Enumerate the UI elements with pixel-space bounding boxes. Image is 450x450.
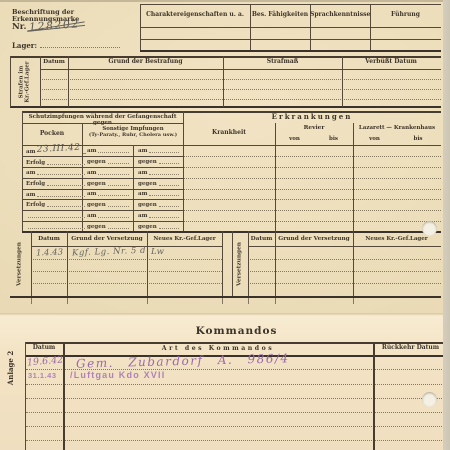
vaccination-cell-label: gegen bbox=[138, 181, 157, 187]
rule bbox=[222, 231, 223, 296]
other-vaccinations-column-b: amgegenamgegenamgegenamgegen bbox=[135, 145, 182, 231]
dotted-leader bbox=[159, 185, 179, 186]
vaccination-cell-label: Erfolg bbox=[26, 181, 45, 187]
vaccination-cell: gegen bbox=[135, 177, 182, 188]
other-vaccinations-column-a: amgegenamgegenamgegenamgegen bbox=[84, 145, 132, 231]
handwritten-transfer-newcamp: Lw bbox=[151, 247, 164, 257]
dotted-leader bbox=[47, 185, 85, 186]
nr-label: Nr. bbox=[12, 22, 26, 32]
dotted-line bbox=[42, 99, 441, 100]
dotted-leader bbox=[47, 164, 85, 165]
dotted-line bbox=[184, 156, 441, 157]
dotted-leader bbox=[98, 195, 129, 196]
traits-header-character: Charaktereigenschaften u. a. bbox=[140, 12, 250, 19]
vaccination-cell: am bbox=[84, 210, 132, 221]
handwritten-transfer-reason: Kgf. Lg. Nr. 5 d. bbox=[72, 246, 150, 259]
vaccination-cell-label: gegen bbox=[138, 202, 157, 208]
upper-card: Beschriftung der Erkennungsmarke Nr.1282… bbox=[0, 0, 450, 313]
dotted-leader bbox=[28, 228, 85, 229]
vaccinations-title: Schutzimpfungen während der Gefangenscha… bbox=[23, 114, 182, 127]
vaccination-cell-label: gegen bbox=[138, 224, 157, 230]
rule bbox=[10, 106, 441, 108]
rule bbox=[10, 296, 441, 298]
dotted-line bbox=[184, 221, 441, 222]
vaccination-cell: gegen bbox=[84, 199, 132, 210]
vaccination-cell: gegen bbox=[84, 156, 132, 167]
vaccination-cell: am bbox=[23, 188, 88, 199]
rule bbox=[222, 298, 223, 304]
dotted-leader bbox=[149, 174, 179, 175]
vaccination-cell: am bbox=[23, 167, 88, 178]
kommandos-title: Kommandos bbox=[25, 325, 448, 337]
rule bbox=[248, 246, 441, 247]
rule bbox=[140, 50, 441, 52]
vaccination-cell-label: gegen bbox=[87, 202, 106, 208]
traits-header-conduct: Führung bbox=[370, 12, 441, 19]
transfers-side-label: Versetzungen bbox=[17, 242, 24, 286]
rule bbox=[40, 69, 441, 70]
dotted-leader bbox=[37, 196, 85, 197]
dotted-line bbox=[184, 210, 441, 211]
vaccination-cell-label: am bbox=[138, 148, 147, 154]
anlage-side-label: Anlage 2 bbox=[7, 351, 15, 385]
id-number-row: Nr.128202 bbox=[12, 20, 142, 33]
vaccination-cell: gegen bbox=[135, 156, 182, 167]
dotted-leader bbox=[98, 217, 129, 218]
dotted-leader bbox=[47, 206, 85, 207]
dotted-line bbox=[26, 426, 448, 427]
punishments-header-date: Datum bbox=[40, 59, 68, 66]
punishments-header-served: Verbüßt Datum bbox=[342, 59, 440, 66]
transfers-header-newcamp: Neues Kr.-Gef.Lager bbox=[353, 236, 440, 242]
rule bbox=[250, 4, 251, 50]
vaccinations-header-smallpox: Pocken bbox=[22, 131, 82, 138]
stamped-kommando-type: /Luftgau Kdo XVII bbox=[70, 370, 165, 380]
vaccination-cell-label: gegen bbox=[87, 224, 106, 230]
rule bbox=[140, 39, 441, 40]
vaccination-cell-label: am bbox=[26, 170, 35, 176]
rule bbox=[248, 298, 249, 304]
rule bbox=[133, 145, 134, 231]
smallpox-column: am23.III.42ErfolgamErfolgamErfolg bbox=[23, 145, 81, 231]
dotted-line bbox=[250, 283, 441, 284]
vaccination-cell bbox=[23, 210, 88, 221]
transfers-header-reason: Grund der Versetzung bbox=[275, 236, 353, 243]
rule bbox=[31, 298, 32, 304]
kommandos-header-date: Datum bbox=[25, 345, 63, 352]
traits-header-languages: Sprachkenntnisse bbox=[310, 12, 370, 19]
vaccination-cell: am bbox=[135, 167, 182, 178]
dotted-line bbox=[26, 440, 448, 441]
lager-label: Lager: bbox=[12, 41, 37, 50]
dotted-line bbox=[184, 167, 441, 168]
vaccination-cell-label: am bbox=[87, 213, 96, 219]
vaccination-cell: gegen bbox=[84, 177, 132, 188]
dotted-line bbox=[26, 384, 448, 385]
illnesses-header-hospital: Lazarett — Krankenhaus bbox=[353, 125, 441, 131]
vaccination-cell: Erfolg bbox=[23, 199, 88, 210]
vaccination-cell bbox=[23, 220, 88, 231]
vaccination-cell: am bbox=[135, 210, 182, 221]
transfers-header-reason: Grund der Versetzung bbox=[67, 236, 147, 243]
vaccination-cell-label: gegen bbox=[87, 159, 106, 165]
dotted-leader bbox=[108, 163, 129, 164]
dotted-leader bbox=[108, 228, 129, 229]
illnesses-header-sickbay-from: von bbox=[275, 136, 314, 142]
traits-header-abilities: Bes. Fähigkeiten bbox=[250, 12, 310, 19]
vaccination-cell: gegen bbox=[135, 220, 182, 231]
dotted-line bbox=[26, 412, 448, 413]
illnesses-title: Erkrankungen bbox=[183, 113, 441, 121]
card-right-edge bbox=[443, 0, 450, 450]
rule bbox=[63, 342, 65, 450]
vaccination-cell-label: am bbox=[87, 148, 96, 154]
dotted-leader bbox=[149, 195, 179, 196]
dotted-line bbox=[26, 398, 448, 399]
rule bbox=[10, 56, 11, 107]
dotted-leader bbox=[28, 217, 85, 218]
dotted-leader bbox=[98, 152, 129, 153]
handwritten-id-number: 128202 bbox=[29, 18, 81, 34]
dotted-line bbox=[184, 199, 441, 200]
vaccination-cell-label: gegen bbox=[87, 181, 106, 187]
illnesses-header-sickbay: Revier bbox=[275, 125, 353, 132]
vaccination-cell: Erfolg bbox=[23, 178, 88, 189]
dotted-leader bbox=[37, 174, 85, 175]
vaccination-cell: am23.III.42 bbox=[23, 145, 88, 157]
rule bbox=[373, 342, 375, 450]
vaccination-cell: Erfolg bbox=[23, 157, 88, 168]
dotted-line bbox=[42, 79, 441, 80]
hole-punch bbox=[422, 392, 437, 407]
dotted-leader bbox=[108, 206, 129, 207]
vaccination-cell: am bbox=[84, 167, 132, 178]
vaccination-cell: am bbox=[84, 145, 132, 156]
dotted-leader bbox=[108, 185, 129, 186]
vaccination-cell-label: am bbox=[87, 191, 96, 197]
rule bbox=[140, 27, 441, 28]
illnesses-header-sickbay-to: bis bbox=[314, 136, 353, 142]
punishments-header-reason: Grund der Bestrafung bbox=[68, 59, 223, 66]
transfers-header-date: Datum bbox=[248, 236, 275, 243]
transfers-side-label: Versetzungen bbox=[237, 242, 244, 286]
illnesses-header-illness: Krankheit bbox=[183, 130, 275, 137]
vaccination-cell-label: am bbox=[87, 170, 96, 176]
dotted-leader bbox=[98, 174, 129, 175]
rule bbox=[353, 298, 354, 304]
rule bbox=[183, 111, 184, 231]
handwritten-vaccination-date: 23.III.42 bbox=[37, 143, 81, 155]
dotted-line bbox=[33, 283, 222, 284]
hole-punch bbox=[422, 221, 437, 236]
vaccination-cell: am bbox=[84, 188, 132, 199]
rule bbox=[67, 298, 68, 304]
rule bbox=[140, 4, 141, 50]
vaccination-cell-label: am bbox=[138, 191, 147, 197]
rule bbox=[147, 298, 148, 304]
stamped-kommando-date: 31.1.43 bbox=[28, 371, 57, 380]
transfers-header-newcamp: Neues Kr.-Gef.Lager bbox=[147, 236, 222, 242]
rule bbox=[370, 4, 371, 50]
vaccination-cell: gegen bbox=[84, 220, 132, 231]
card-top-edge bbox=[0, 0, 443, 2]
dotted-line bbox=[250, 259, 441, 260]
punishments-side-label: Strafen im Kr.-Gef.Lager bbox=[19, 61, 32, 102]
vaccination-cell-label: am bbox=[138, 213, 147, 219]
illnesses-header-hospital-to: bis bbox=[396, 136, 440, 142]
lager-row: Lager: bbox=[12, 41, 142, 50]
kommandos-header-type: Art des Kommandos bbox=[63, 345, 373, 352]
pow-record-card-scan: Beschriftung der Erkennungsmarke Nr.1282… bbox=[0, 0, 450, 450]
dotted-leader bbox=[149, 217, 179, 218]
dotted-line bbox=[184, 189, 441, 190]
vaccination-cell: am bbox=[135, 145, 182, 156]
vaccination-cell-label: am bbox=[138, 170, 147, 176]
dotted-line bbox=[33, 271, 222, 272]
kommandos-header-return: Rückkehr Datum bbox=[373, 345, 448, 352]
rule bbox=[232, 231, 233, 296]
dotted-line bbox=[42, 89, 441, 90]
vaccination-cell-label: am bbox=[26, 149, 35, 155]
lager-dotted-line bbox=[40, 41, 120, 48]
punishments-header-sentence: Strafmaß bbox=[223, 59, 342, 66]
dotted-leader bbox=[159, 228, 179, 229]
vaccinations-header-other-2: (Ty-Paraty., Ruhr, Cholera usw.) bbox=[83, 133, 183, 139]
dotted-line bbox=[33, 259, 222, 260]
dotted-leader bbox=[149, 152, 179, 153]
dotted-line bbox=[184, 178, 441, 179]
vaccination-cell-label: gegen bbox=[138, 159, 157, 165]
vaccination-cell-label: am bbox=[26, 192, 35, 198]
dotted-line bbox=[250, 271, 441, 272]
dotted-leader bbox=[159, 206, 179, 207]
rule bbox=[275, 298, 276, 304]
vaccination-cell: am bbox=[135, 188, 182, 199]
transfers-header-date: Datum bbox=[31, 236, 67, 243]
vaccination-cell-label: Erfolg bbox=[26, 160, 45, 166]
vaccination-cell: gegen bbox=[135, 199, 182, 210]
vaccination-cell-label: Erfolg bbox=[26, 202, 45, 208]
dotted-leader bbox=[159, 163, 179, 164]
rule bbox=[140, 4, 441, 5]
illnesses-header-hospital-from: von bbox=[353, 136, 396, 142]
handwritten-transfer-date: 1.4.43 bbox=[36, 248, 63, 259]
